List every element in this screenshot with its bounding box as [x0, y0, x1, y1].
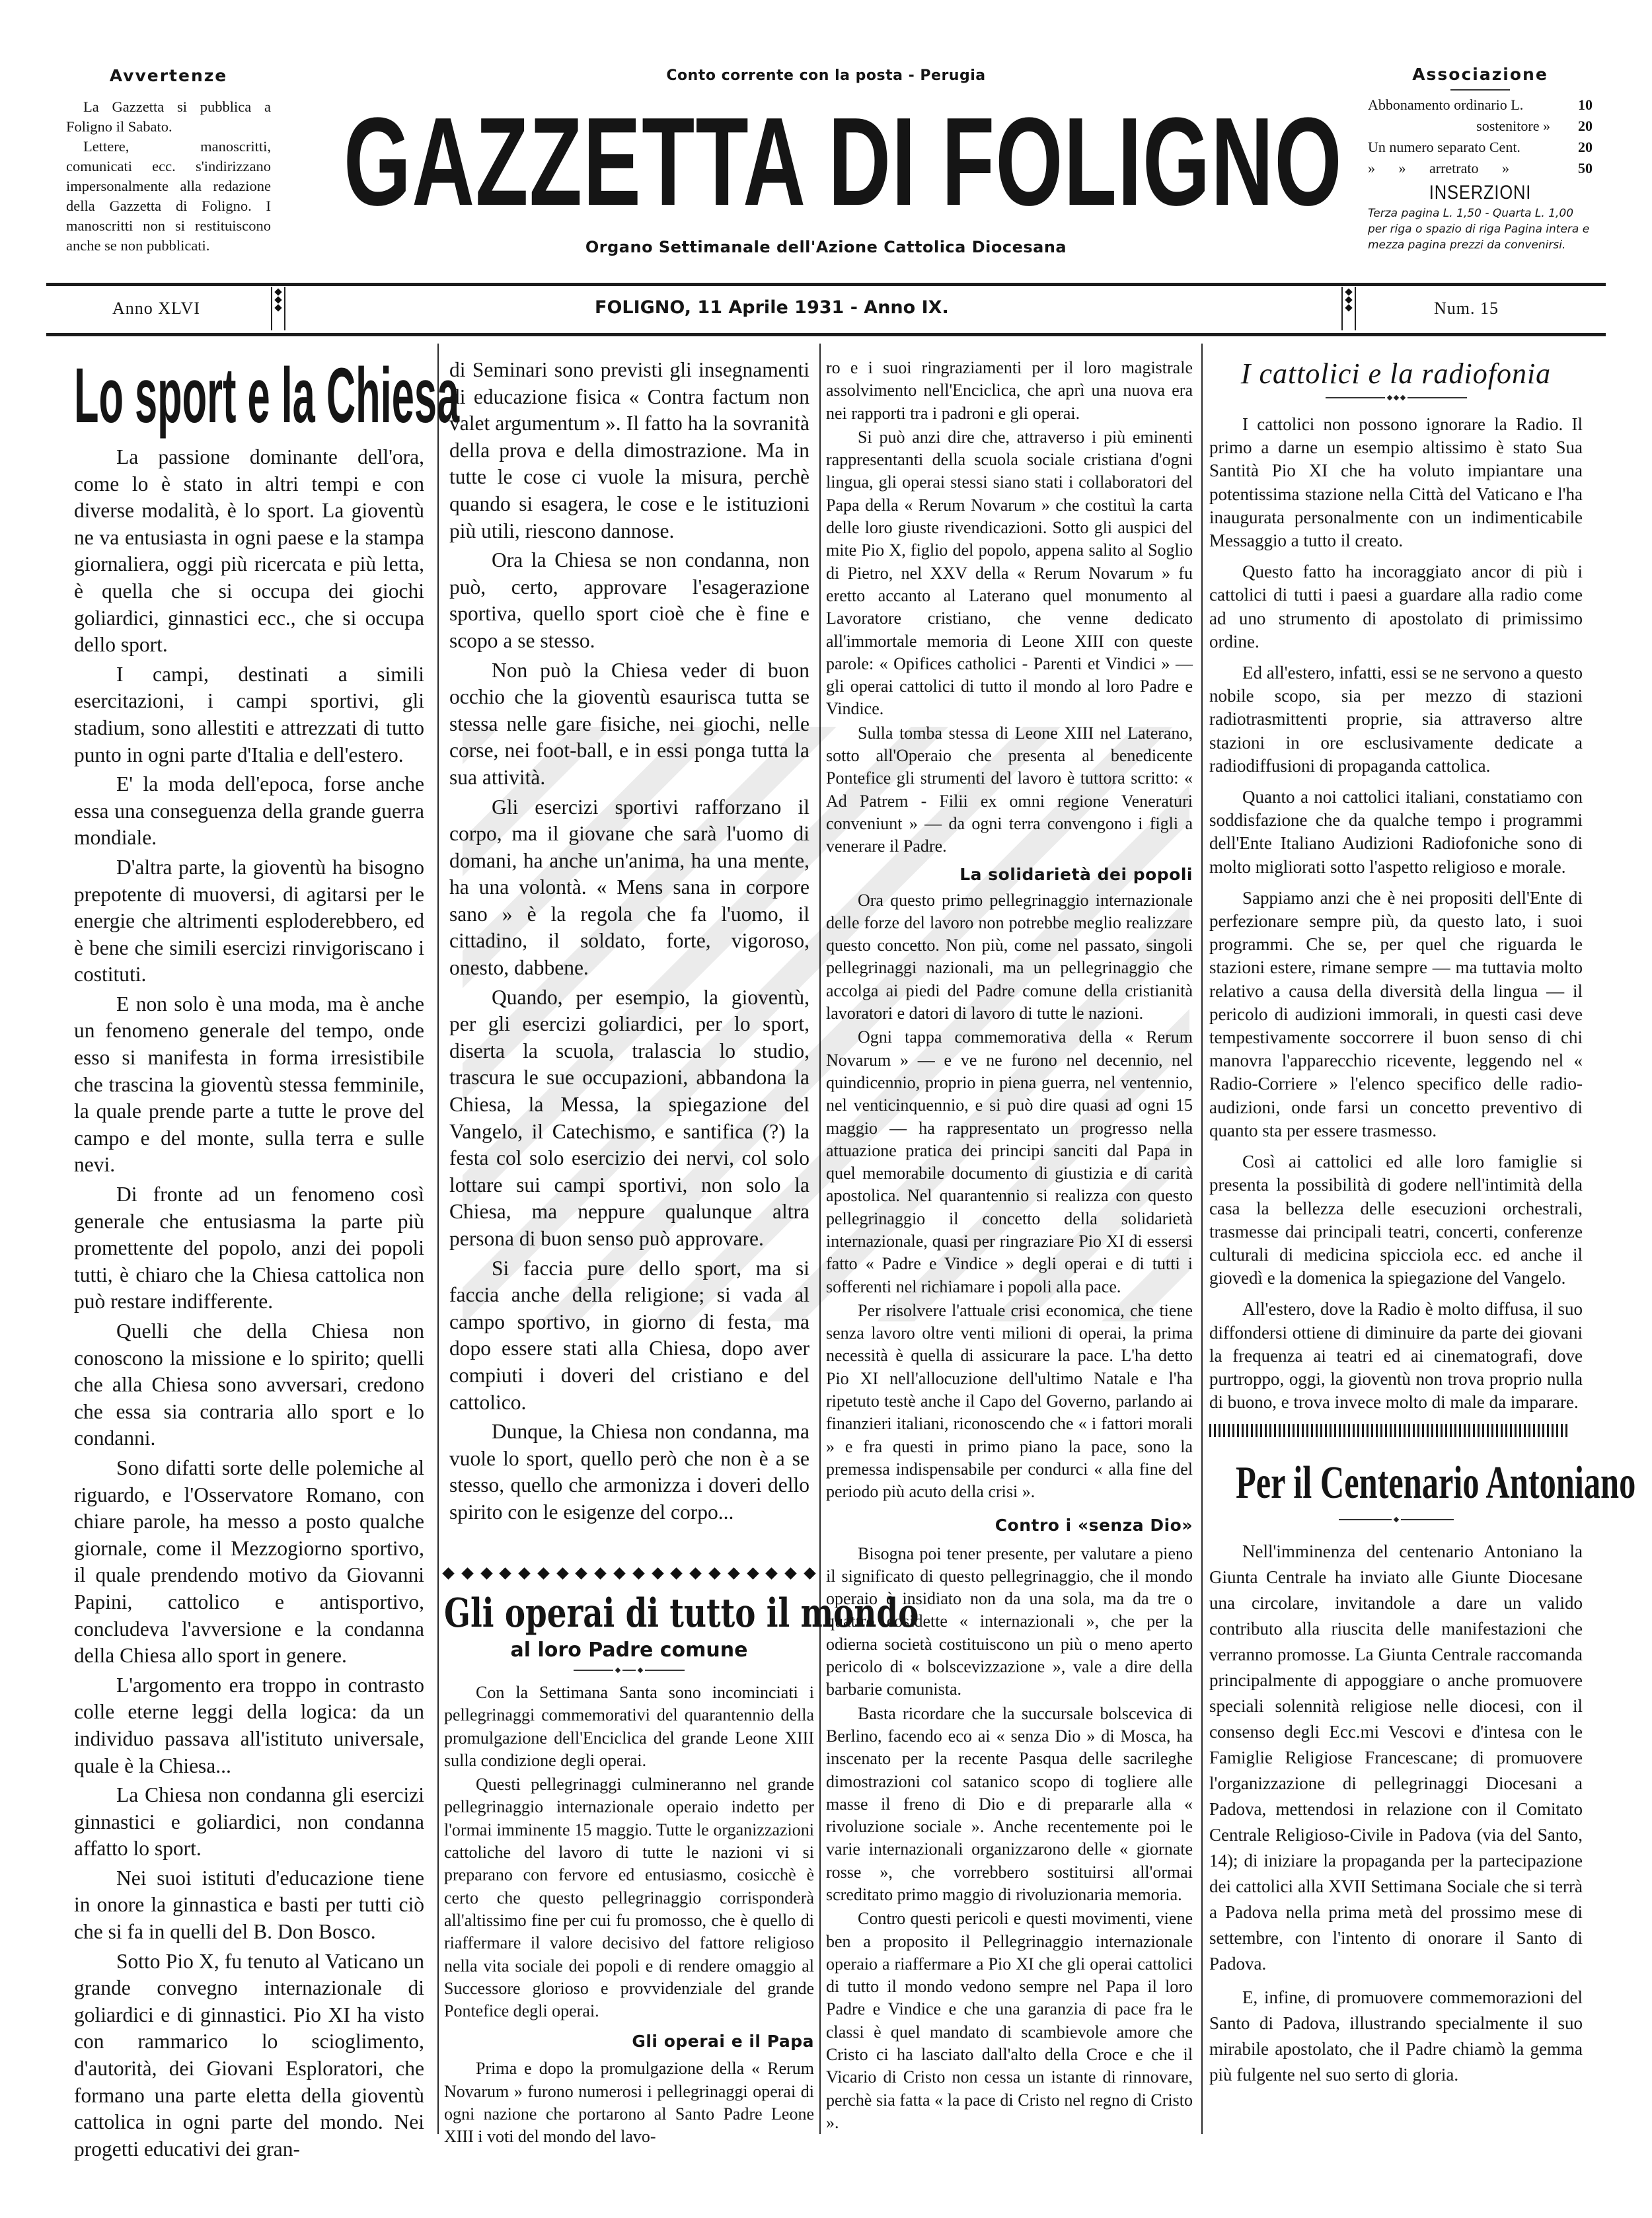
article-body: Bisogna poi tener presente, per valutare…: [826, 1543, 1193, 2135]
paragraph: All'estero, dove la Radio è molto diffus…: [1209, 1298, 1583, 1414]
article-title: I cattolici e la radiofonia: [1209, 357, 1583, 390]
organ-line: Organo Settimanale dell'Azione Cattolica…: [396, 238, 1256, 256]
masthead-title: GAZZETTA DI FOLIGNO: [344, 99, 1343, 225]
diamond-ornament-rule: [444, 1569, 814, 1578]
paragraph: Ed all'estero, infatti, essi se ne servo…: [1209, 661, 1583, 778]
paragraph: di Seminari sono previsti gli insegnamen…: [449, 357, 809, 544]
price-value: 20: [1562, 137, 1593, 158]
paragraph: Gli esercizi sportivi rafforzano il corp…: [449, 794, 809, 982]
subscription-title: Associazione: [1368, 65, 1593, 84]
column-divider: [437, 344, 439, 2134]
section-subhead: La solidarietà dei popoli: [826, 865, 1193, 884]
price-label: » » arretrato »: [1368, 158, 1562, 179]
paragraph: Sappiamo anzi che è nei propositi dell'E…: [1209, 887, 1583, 1142]
paragraph: E' la moda dell'epoca, forse anche essa …: [74, 771, 424, 852]
article-sport: Lo sport e la Chiesa La passione dominan…: [74, 357, 424, 2165]
paragraph: Ora la Chiesa se non condanna, non può, …: [449, 547, 809, 654]
notice-text: La Gazzetta si pubblica a Foligno il Sab…: [66, 97, 271, 256]
article-operai: Gli operai di tutto il mondo al loro Pad…: [444, 1569, 814, 2150]
paragraph: Si faccia pure dello sport, ma si faccia…: [449, 1255, 809, 1417]
paragraph: Quelli che della Chiesa non conoscono la…: [74, 1318, 424, 1452]
paragraph: Nei suoi istituti d'educazione tiene in …: [74, 1865, 424, 1946]
ornament-divider: [1209, 396, 1583, 400]
volume-year: Anno XLVI: [112, 299, 200, 318]
paragraph: I campi, destinati a simili esercitazion…: [74, 661, 424, 768]
price-label: sostenitore »: [1368, 116, 1562, 137]
header: Avvertenze La Gazzetta si pubblica a Fol…: [0, 0, 1652, 284]
paragraph: Contro questi pericoli e questi moviment…: [826, 1907, 1193, 2134]
insertions-text: Terza pagina L. 1,50 - Quarta L. 1,00 pe…: [1368, 205, 1593, 253]
article-sport-continued: di Seminari sono previsti gli insegnamen…: [449, 357, 809, 1529]
paragraph: Sulla tomba stessa di Leone XIII nel Lat…: [826, 722, 1193, 858]
paragraph: Nell'imminenza del centenario Antoniano …: [1209, 1539, 1583, 1977]
paragraph: E non solo è una moda, ma è anche un fen…: [74, 991, 424, 1179]
subscription-box: Associazione Abbonamento ordinario L. 10…: [1368, 65, 1593, 253]
price-value: 20: [1562, 116, 1593, 137]
paragraph: Ogni tappa commemorativa della « Rerum N…: [826, 1026, 1193, 1298]
paragraph: Di fronte ad un fenomeno così generale c…: [74, 1181, 424, 1315]
paragraph: Quanto a noi cattolici italiani, constat…: [1209, 786, 1583, 879]
paragraph: Prima e dopo la promulgazione della « Re…: [444, 2057, 814, 2148]
paragraph: Sotto Pio X, fu tenuto al Vaticano un gr…: [74, 1948, 424, 2163]
date-bar: Anno XLVI FOLIGNO, 11 Aprile 1931 - Anno…: [46, 283, 1606, 336]
divider: [1450, 89, 1510, 91]
paragraph: Si può anzi dire che, attraverso i più e…: [826, 426, 1193, 721]
article-body: Ora questo primo pellegrinaggio internaz…: [826, 889, 1193, 1504]
paragraph: I cattolici non possono ignorare la Radi…: [1209, 413, 1583, 552]
paragraph: D'altra parte, la gioventù ha bisogno pr…: [74, 854, 424, 988]
ornament-separator: [1341, 287, 1356, 330]
article-antoniano: Per il Centenario Antoniano Nell'imminen…: [1209, 1424, 1583, 2096]
price-row: sostenitore » 20: [1368, 116, 1593, 137]
article-body: ro e i suoi ringraziamenti per il loro m…: [826, 357, 1193, 858]
ornament-divider: [1209, 1518, 1583, 1522]
paragraph: Sono difatti sorte delle polemiche al ri…: [74, 1455, 424, 1670]
article-title: Per il Centenario Antoniano: [1236, 1460, 1485, 1507]
dateline: FOLIGNO, 11 Aprile 1931 - Anno IX.: [595, 297, 949, 318]
hatched-divider: [1209, 1424, 1569, 1437]
price-value: 50: [1562, 158, 1593, 179]
price-row: Un numero separato Cent. 20: [1368, 137, 1593, 158]
article-operai-continued: ro e i suoi ringraziamenti per il loro m…: [826, 357, 1193, 2135]
notice-paragraph: La Gazzetta si pubblica a Foligno il Sab…: [66, 97, 271, 137]
ornament-divider: [444, 1668, 814, 1672]
paragraph: Con la Settimana Santa sono incominciati…: [444, 1682, 814, 1772]
notice-box: Avvertenze La Gazzetta si pubblica a Fol…: [66, 66, 271, 256]
paragraph: Bisogna poi tener presente, per valutare…: [826, 1543, 1193, 1701]
paragraph: ro e i suoi ringraziamenti per il loro m…: [826, 357, 1193, 425]
column-divider: [1201, 344, 1203, 2134]
price-label: Un numero separato Cent.: [1368, 137, 1562, 158]
article-body: Prima e dopo la promulgazione della « Re…: [444, 2057, 814, 2148]
postal-account-line: Conto corrente con la posta - Perugia: [396, 67, 1256, 84]
paragraph: E, infine, di promuovere commemorazioni …: [1209, 1985, 1583, 2088]
ornament-separator: [271, 287, 285, 330]
price-label: Abbonamento ordinario L.: [1368, 94, 1562, 116]
price-table: Abbonamento ordinario L. 10 sostenitore …: [1368, 94, 1593, 179]
date-bar-top-rule: [46, 283, 1606, 286]
article-subtitle: al loro Padre comune: [444, 1639, 814, 1662]
paragraph: Questo fatto ha incoraggiato ancor di pi…: [1209, 560, 1583, 653]
notice-title: Avvertenze: [66, 66, 271, 85]
article-body: La passione dominante dell'ora, come lo …: [74, 444, 424, 2163]
paragraph: Per risolvere l'attuale crisi economica,…: [826, 1300, 1193, 1504]
issue-number: Num. 15: [1434, 299, 1499, 318]
article-radio: I cattolici e la radiofonia I cattolici …: [1209, 357, 1583, 1422]
paragraph: Dunque, la Chiesa non condanna, ma vuole…: [449, 1419, 809, 1526]
article-body: I cattolici non possono ignorare la Radi…: [1209, 413, 1583, 1414]
price-row: » » arretrato » 50: [1368, 158, 1593, 179]
paragraph: Non può la Chiesa veder di buon occhio c…: [449, 657, 809, 792]
paragraph: Ora questo primo pellegrinaggio internaz…: [826, 889, 1193, 1025]
paragraph: Quando, per esempio, la gioventù, per gl…: [449, 984, 809, 1253]
article-title: Gli operai di tutto il mondo: [444, 1592, 733, 1635]
date-bar-bottom-rule: [46, 333, 1606, 336]
paragraph: Basta ricordare che la succursale bolsce…: [826, 1703, 1193, 1907]
section-subhead: Gli operai e il Papa: [444, 2032, 814, 2051]
paragraph: La Chiesa non condanna gli esercizi ginn…: [74, 1782, 424, 1863]
article-body: Nell'imminenza del centenario Antoniano …: [1209, 1539, 1583, 2088]
paragraph: Così ai cattolici ed alle loro famiglie …: [1209, 1150, 1583, 1290]
paragraph: L'argomento era troppo in contrasto coll…: [74, 1672, 424, 1779]
price-value: 10: [1562, 94, 1593, 116]
article-body: Con la Settimana Santa sono incominciati…: [444, 1682, 814, 2022]
insertions-title: INSERZIONI: [1385, 182, 1576, 204]
price-row: Abbonamento ordinario L. 10: [1368, 94, 1593, 116]
paragraph: Questi pellegrinaggi culmineranno nel gr…: [444, 1773, 814, 2022]
article-body: di Seminari sono previsti gli insegnamen…: [449, 357, 809, 1526]
section-subhead: Contro i «senza Dio»: [826, 1516, 1193, 1535]
article-title: Lo sport e la Chiesa: [74, 357, 256, 435]
notice-paragraph: Lettere, manoscritti, comunicati ecc. s'…: [66, 137, 271, 256]
paragraph: La passione dominante dell'ora, come lo …: [74, 444, 424, 659]
column-divider: [819, 344, 821, 2134]
